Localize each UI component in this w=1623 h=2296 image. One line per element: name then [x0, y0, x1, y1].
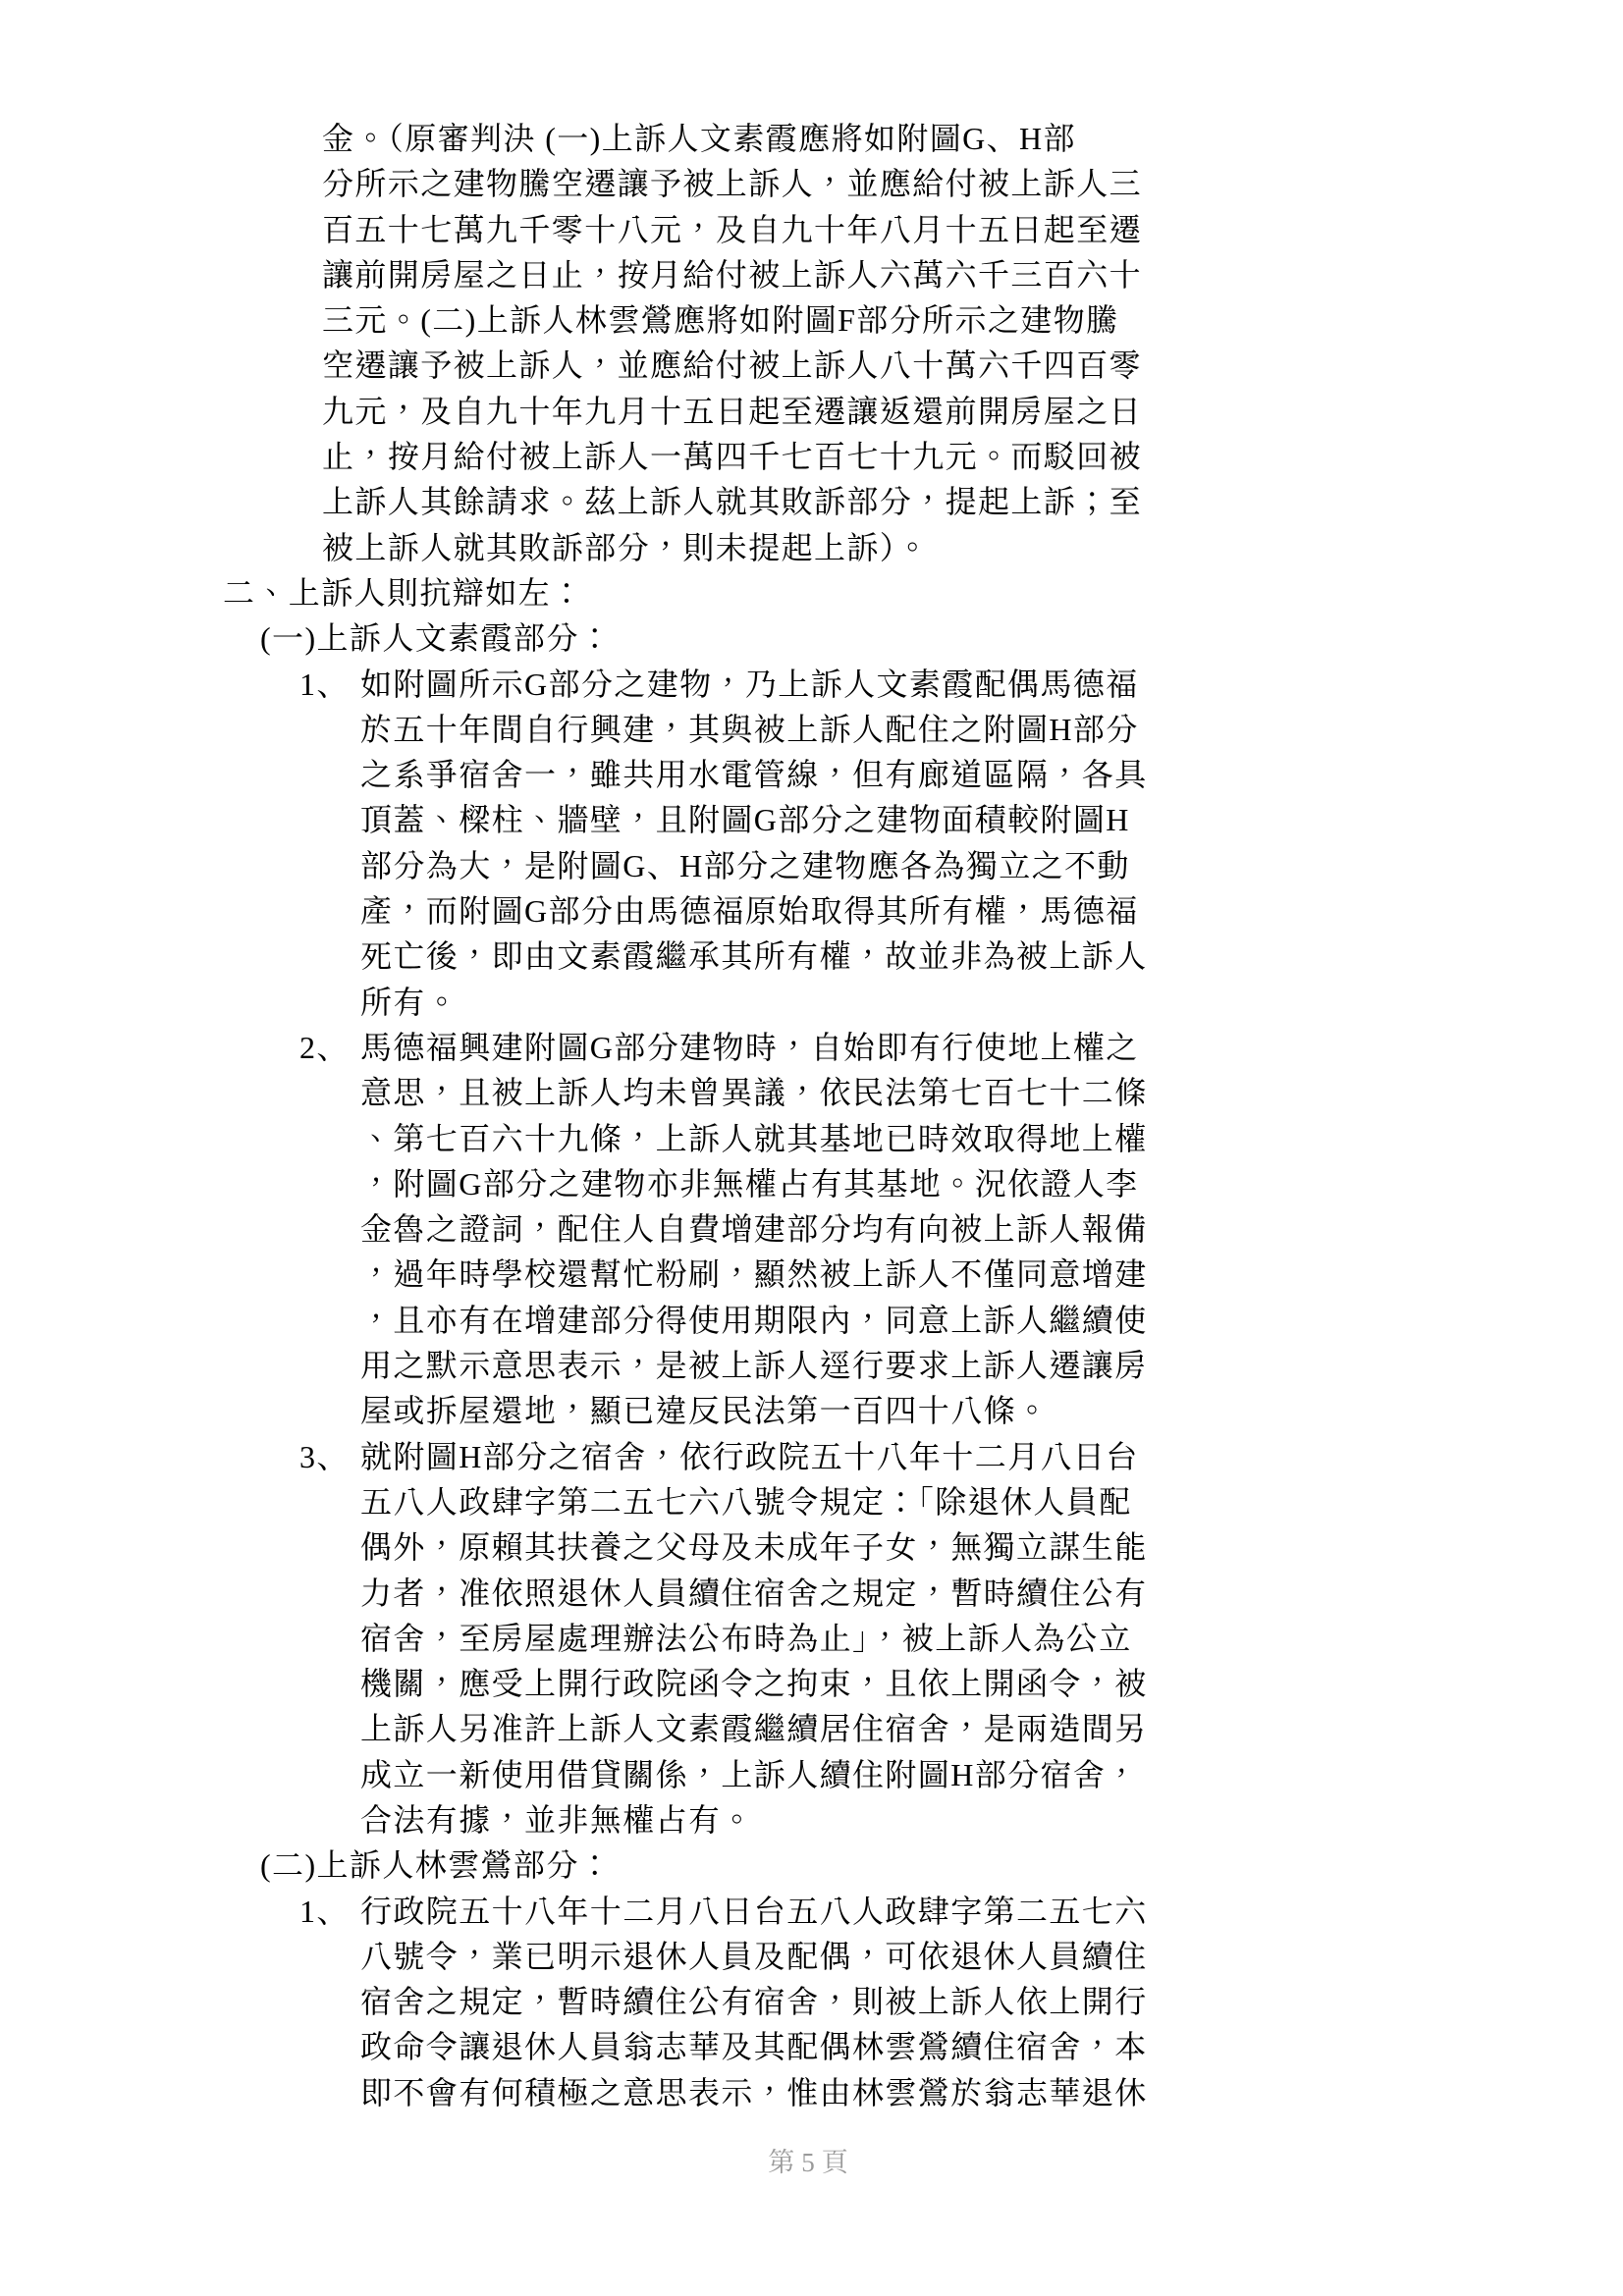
line-text: ，過年時學校還幫忙粉刷，顯然被上訴人不僅同意增建 [360, 1256, 1148, 1292]
text-line: 屋或拆屋還地，顯已違反民法第一百四十八條。 [360, 1388, 1623, 1433]
text-line: 機關，應受上開行政院函令之拘束，且依上開函令，被 [360, 1661, 1623, 1706]
text-line: 3、就附圖H部分之宿舍，依行政院五十八年十二月八日台 [299, 1434, 1623, 1479]
line-text: (一)上訴人文素霞部分： [260, 620, 612, 656]
line-text: 機關，應受上開行政院函令之拘束，且依上開函令，被 [360, 1666, 1148, 1701]
text-line: 合法有據，並非無權占有。 [360, 1797, 1623, 1842]
line-text: 上訴人其餘請求。茲上訴人就其敗訴部分，提起上訴；至 [322, 484, 1142, 519]
line-text: 頂蓋、樑柱、牆壁，且附圖G部分之建物面積較附圖H [360, 802, 1130, 837]
text-line: 即不會有何積極之意思表示，惟由林雲鶯於翁志華退休 [360, 2070, 1623, 2115]
document-page: 金。（原審判決 (一)上訴人文素霞應將如附圖G、H部分所示之建物騰空遷讓予被上訴… [0, 0, 1623, 2296]
text-line: ，且亦有在增建部分得使用期限內，同意上訴人繼續使 [360, 1298, 1623, 1343]
text-line: 分所示之建物騰空遷讓予被上訴人，並應給付被上訴人三 [322, 161, 1623, 206]
text-line: 產，而附圖G部分由馬德福原始取得其所有權，馬德福 [360, 888, 1623, 934]
text-line: 成立一新使用借貸關係，上訴人續住附圖H部分宿舍， [360, 1752, 1623, 1797]
text-line: 八號令，業已明示退休人員及配偶，可依退休人員續住 [360, 1934, 1623, 1979]
text-line: 五八人政肆字第二五七六八號令規定：「除退休人員配 [360, 1479, 1623, 1524]
list-item-marker: 1、 [299, 662, 360, 707]
line-text: 如附圖所示G部分之建物，乃上訴人文素霞配偶馬德福 [360, 667, 1139, 702]
list-item-marker: 2、 [299, 1025, 360, 1070]
text-line: 1、行政院五十八年十二月八日台五八人政肆字第二五七六 [299, 1889, 1623, 1934]
text-line: 九元，及自九十年九月十五日起至遷讓返還前開房屋之日 [322, 389, 1623, 434]
text-line: 百五十七萬九千零十八元，及自九十年八月十五日起至遷 [322, 207, 1623, 252]
line-text: 空遷讓予被上訴人，並應給付被上訴人八十萬六千四百零 [322, 347, 1142, 383]
text-line: 上訴人另准許上訴人文素霞繼續居住宿舍，是兩造間另 [360, 1706, 1623, 1751]
line-text: 上訴人另准許上訴人文素霞繼續居住宿舍，是兩造間另 [360, 1711, 1148, 1746]
line-text: 三元。(二)上訴人林雲鶯應將如附圖F部分所示之建物騰 [322, 302, 1119, 338]
line-text: 意思，且被上訴人均未曾異議，依民法第七百七十二條 [360, 1075, 1148, 1110]
text-line: 金魯之證詞，配住人自費增建部分均有向被上訴人報備 [360, 1206, 1623, 1252]
line-text: 五八人政肆字第二五七六八號令規定：「除退休人員配 [360, 1484, 1132, 1520]
text-line: ，過年時學校還幫忙粉刷，顯然被上訴人不僅同意增建 [360, 1252, 1623, 1297]
line-text: 產，而附圖G部分由馬德福原始取得其所有權，馬德福 [360, 893, 1139, 929]
text-line: 宿舍，至房屋處理辦法公布時為止」，被上訴人為公立 [360, 1616, 1623, 1661]
heading-line: (二)上訴人林雲鶯部分： [260, 1842, 1623, 1888]
line-text: 二、上訴人則抗辯如左： [223, 575, 583, 611]
text-line: 政命令讓退休人員翁志華及其配偶林雲鶯續住宿舍，本 [360, 2024, 1623, 2069]
line-text: 就附圖H部分之宿舍，依行政院五十八年十二月八日台 [360, 1439, 1139, 1474]
text-line: 止，按月給付被上訴人一萬四千七百七十九元。而駁回被 [322, 434, 1623, 479]
line-text: (二)上訴人林雲鶯部分： [260, 1847, 612, 1883]
text-line: 三元。(二)上訴人林雲鶯應將如附圖F部分所示之建物騰 [322, 297, 1623, 343]
line-text: 八號令，業已明示退休人員及配偶，可依退休人員續住 [360, 1939, 1148, 1974]
line-text: 金魯之證詞，配住人自費增建部分均有向被上訴人報備 [360, 1211, 1148, 1247]
line-text: 行政院五十八年十二月八日台五八人政肆字第二五七六 [360, 1894, 1148, 1929]
text-line: 用之默示意思表示，是被上訴人逕行要求上訴人遷讓房 [360, 1343, 1623, 1388]
line-text: 於五十年間自行興建，其與被上訴人配住之附圖H部分 [360, 712, 1139, 747]
line-text: 百五十七萬九千零十八元，及自九十年八月十五日起至遷 [322, 212, 1142, 247]
text-line: 於五十年間自行興建，其與被上訴人配住之附圖H部分 [360, 707, 1623, 752]
line-text: ，且亦有在增建部分得使用期限內，同意上訴人繼續使 [360, 1303, 1148, 1338]
line-text: 金。（原審判決 (一)上訴人文素霞應將如附圖G、H部 [322, 121, 1076, 156]
text-line: 、第七百六十九條，上訴人就其基地已時效取得地上權 [360, 1116, 1623, 1161]
text-line: 上訴人其餘請求。茲上訴人就其敗訴部分，提起上訴；至 [322, 479, 1623, 524]
text-line: 1、如附圖所示G部分之建物，乃上訴人文素霞配偶馬德福 [299, 662, 1623, 707]
text-line: 部分為大，是附圖G、H部分之建物應各為獨立之不動 [360, 843, 1623, 888]
text-line: 死亡後，即由文素霞繼承其所有權，故並非為被上訴人 [360, 934, 1623, 979]
line-text: 部分為大，是附圖G、H部分之建物應各為獨立之不動 [360, 848, 1130, 883]
list-item-marker: 1、 [299, 1889, 360, 1934]
text-line: 被上訴人就其敗訴部分，則未提起上訴）。 [322, 525, 1623, 570]
line-text: 、第七百六十九條，上訴人就其基地已時效取得地上權 [360, 1121, 1148, 1156]
line-text: 成立一新使用借貸關係，上訴人續住附圖H部分宿舍， [360, 1757, 1139, 1792]
heading-line: 二、上訴人則抗辯如左： [223, 570, 1623, 615]
text-line: 2、馬德福興建附圖G部分建物時，自始即有行使地上權之 [299, 1025, 1623, 1070]
line-text: 偶外，原賴其扶養之父母及未成年子女，無獨立謀生能 [360, 1529, 1148, 1565]
line-text: 即不會有何積極之意思表示，惟由林雲鶯於翁志華退休 [360, 2075, 1148, 2110]
line-text: 被上訴人就其敗訴部分，則未提起上訴）。 [322, 530, 930, 565]
line-text: 之系爭宿舍一，雖共用水電管線，但有廊道區隔，各具 [360, 757, 1148, 792]
line-text: 讓前開房屋之日止，按月給付被上訴人六萬六千三百六十 [322, 257, 1142, 293]
line-text: 所有。 [360, 985, 459, 1020]
line-text: 用之默示意思表示，是被上訴人逕行要求上訴人遷讓房 [360, 1348, 1148, 1383]
text-line: 金。（原審判決 (一)上訴人文素霞應將如附圖G、H部 [322, 116, 1623, 161]
document-body: 金。（原審判決 (一)上訴人文素霞應將如附圖G、H部分所示之建物騰空遷讓予被上訴… [0, 116, 1623, 2115]
line-text: 合法有據，並非無權占有。 [360, 1802, 754, 1838]
text-line: 頂蓋、樑柱、牆壁，且附圖G部分之建物面積較附圖H [360, 797, 1623, 842]
text-line: 讓前開房屋之日止，按月給付被上訴人六萬六千三百六十 [322, 252, 1623, 297]
page-number: 第5頁 [0, 2140, 1623, 2185]
line-text: 力者，准依照退休人員續住宿舍之規定，暫時續住公有 [360, 1575, 1148, 1611]
line-text: 政命令讓退休人員翁志華及其配偶林雲鶯續住宿舍，本 [360, 2029, 1148, 2064]
line-text: ，附圖G部分之建物亦非無權占有其基地。況依證人李 [360, 1166, 1139, 1201]
text-line: 偶外，原賴其扶養之父母及未成年子女，無獨立謀生能 [360, 1524, 1623, 1570]
line-text: 分所示之建物騰空遷讓予被上訴人，並應給付被上訴人三 [322, 166, 1142, 201]
text-line: 宿舍之規定，暫時續住公有宿舍，則被上訴人依上開行 [360, 1979, 1623, 2024]
text-line: 所有。 [360, 980, 1623, 1025]
line-text: 死亡後，即由文素霞繼承其所有權，故並非為被上訴人 [360, 938, 1148, 974]
text-line: ，附圖G部分之建物亦非無權占有其基地。況依證人李 [360, 1161, 1623, 1206]
line-text: 止，按月給付被上訴人一萬四千七百七十九元。而駁回被 [322, 439, 1142, 474]
line-text: 宿舍之規定，暫時續住公有宿舍，則被上訴人依上開行 [360, 1984, 1148, 2019]
line-text: 宿舍，至房屋處理辦法公布時為止」，被上訴人為公立 [360, 1621, 1132, 1656]
list-item-marker: 3、 [299, 1434, 360, 1479]
line-text: 屋或拆屋還地，顯已違反民法第一百四十八條。 [360, 1393, 1049, 1428]
text-line: 之系爭宿舍一，雖共用水電管線，但有廊道區隔，各具 [360, 752, 1623, 797]
line-text: 馬德福興建附圖G部分建物時，自始即有行使地上權之 [360, 1030, 1139, 1065]
line-text: 九元，及自九十年九月十五日起至遷讓返還前開房屋之日 [322, 394, 1142, 429]
text-line: 力者，准依照退休人員續住宿舍之規定，暫時續住公有 [360, 1571, 1623, 1616]
text-line: 空遷讓予被上訴人，並應給付被上訴人八十萬六千四百零 [322, 343, 1623, 388]
heading-line: (一)上訴人文素霞部分： [260, 615, 1623, 661]
text-line: 意思，且被上訴人均未曾異議，依民法第七百七十二條 [360, 1070, 1623, 1115]
